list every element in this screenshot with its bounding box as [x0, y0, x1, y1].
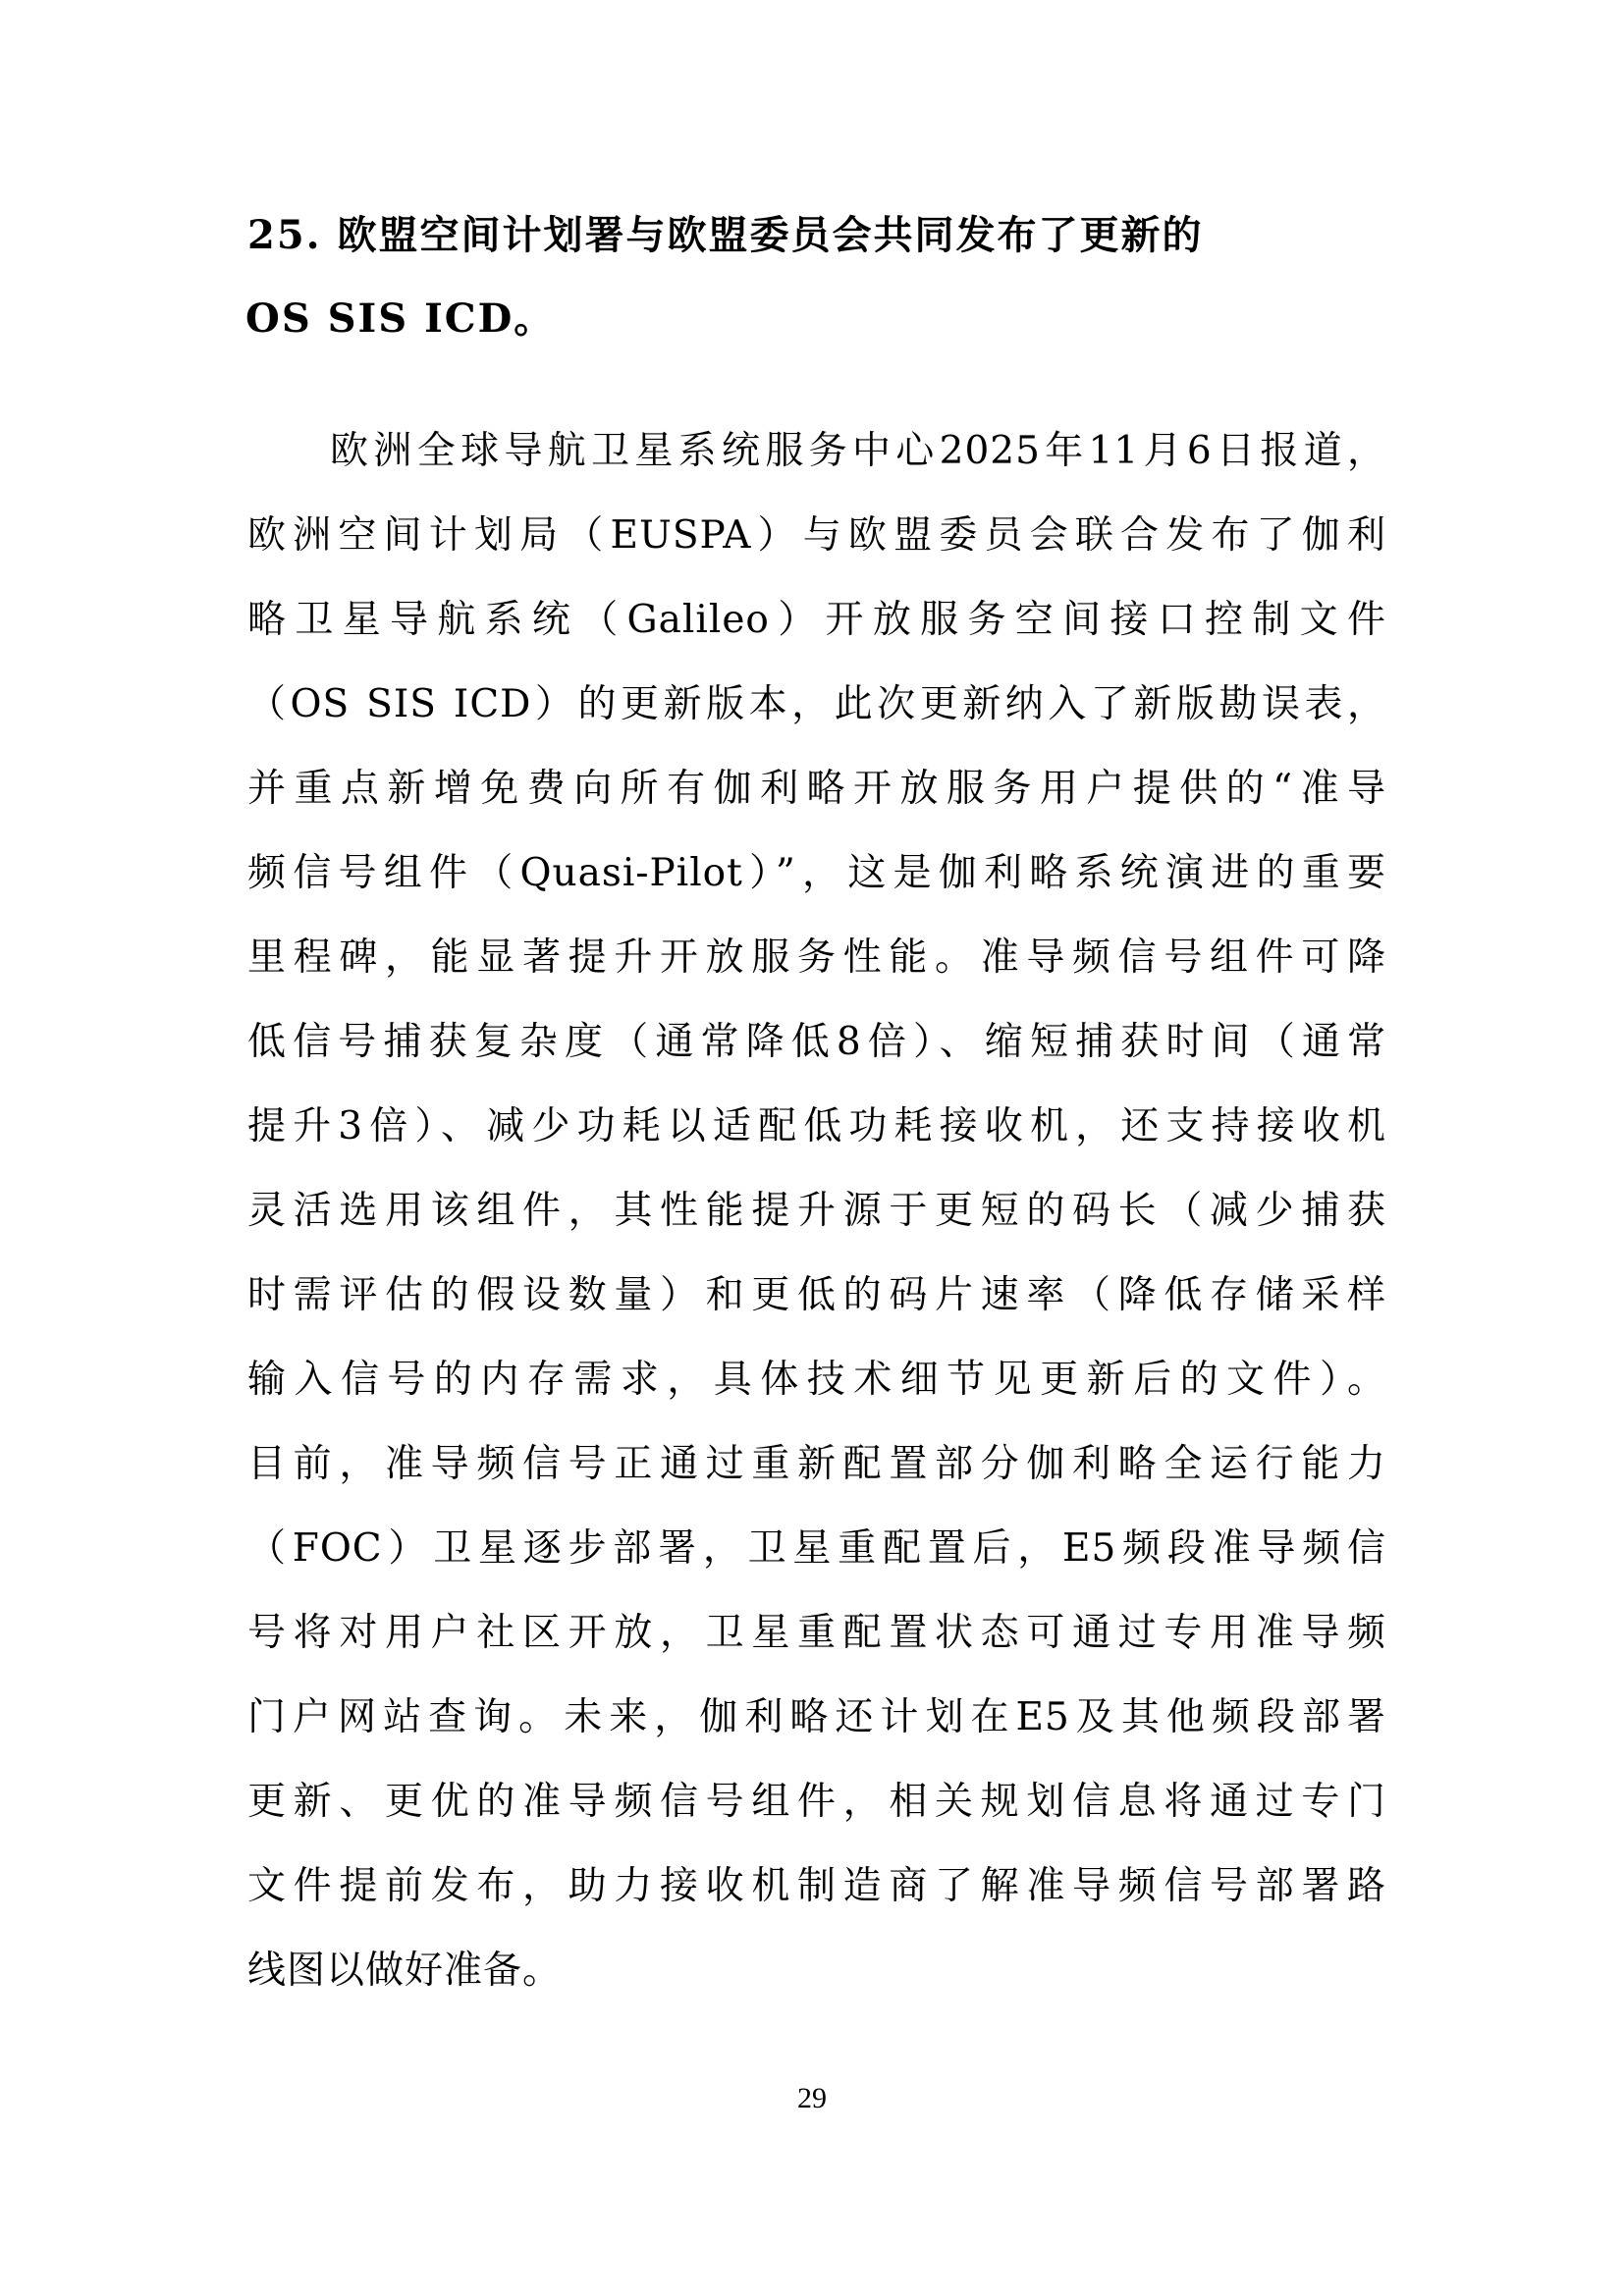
paragraph-line: 时需评估的假设数量）和更低的码片速率（降低存储采样 [247, 1276, 1386, 1315]
paragraph-line: 线图以做好准备。 [247, 1951, 1386, 1991]
paragraph-line: 里程碑，能显著提升开放服务性能。准导频信号组件可降 [247, 938, 1386, 978]
paragraph-line: 低信号捕获复杂度（通常降低8倍）、缩短捕获时间（通常 [247, 1023, 1386, 1062]
section-heading-line-1: 25. 欧盟空间计划署与欧盟委员会共同发布了更新的 [247, 216, 1386, 255]
paragraph-line: 号将对用户社区开放，卫星重配置状态可通过专用准导频 [247, 1614, 1386, 1653]
paragraph-line: （OS SIS ICD）的更新版本，此次更新纳入了新版勘误表， [247, 685, 1386, 724]
paragraph-line: 并重点新增免费向所有伽利略开放服务用户提供的“准导 [247, 770, 1386, 809]
paragraph-line: 灵活选用该组件，其性能提升源于更短的码长（减少捕获 [247, 1192, 1386, 1231]
document-page: 25. 欧盟空间计划署与欧盟委员会共同发布了更新的 OS SIS ICD。 欧洲… [0, 0, 1624, 2296]
paragraph-line: 更新、更优的准导频信号组件，相关规划信息将通过专门 [247, 1783, 1386, 1822]
paragraph-line: 门户网站查询。未来，伽利略还计划在E5及其他频段部署 [247, 1698, 1386, 1737]
paragraph-line: 文件提前发布，助力接收机制造商了解准导频信号部署路 [247, 1867, 1386, 1906]
paragraph-line: 频信号组件（Quasi-Pilot）”，这是伽利略系统演进的重要 [247, 854, 1386, 893]
page-number: 29 [0, 2082, 1624, 2115]
section-heading-line-2: OS SIS ICD。 [245, 299, 1384, 339]
paragraph-line: （FOC）卫星逐步部署，卫星重配置后，E5频段准导频信 [247, 1529, 1386, 1569]
paragraph-line: 提升3倍）、减少功耗以适配低功耗接收机，还支持接收机 [247, 1107, 1386, 1147]
paragraph-line: 欧洲全球导航卫星系统服务中心2025年11月6日报道， [330, 432, 1386, 471]
paragraph-line: 目前，准导频信号正通过重新配置部分伽利略全运行能力 [247, 1445, 1386, 1484]
paragraph-line: 输入信号的内存需求，具体技术细节见更新后的文件）。 [247, 1361, 1386, 1400]
paragraph-line: 略卫星导航系统（Galileo）开放服务空间接口控制文件 [247, 601, 1386, 640]
paragraph-line: 欧洲空间计划局（EUSPA）与欧盟委员会联合发布了伽利 [247, 516, 1386, 556]
